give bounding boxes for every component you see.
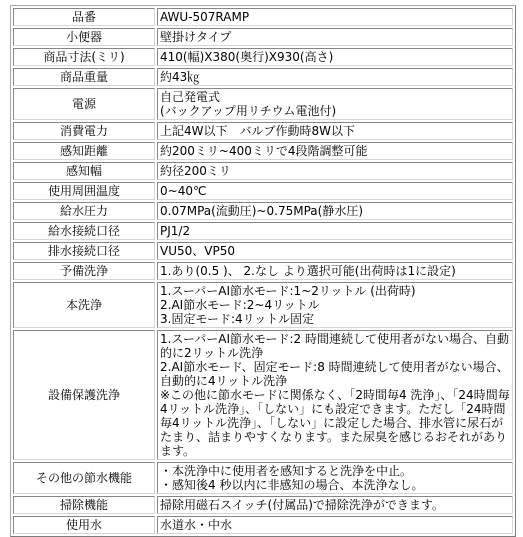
table-row: 電源 自己発電式 (バックアップ用リチウム電池付)	[13, 88, 513, 120]
table-row: 使用水 水道水・中水	[13, 516, 513, 534]
spec-label: 本洗浄	[13, 282, 155, 328]
table-row: 感知幅 約径200ミリ	[13, 162, 513, 180]
table-row: 品番 AWU-507RAMP	[13, 8, 513, 26]
spec-label: 感知距離	[13, 142, 155, 160]
spec-value: ・本洗浄中に使用者を感知すると洗浄を中止。 ・感知後4 秒以内に非感知の場合、本…	[157, 462, 513, 494]
spec-label: 予備洗浄	[13, 262, 155, 280]
spec-label: 排水接続口径	[13, 242, 155, 260]
table-row: 掃除機能 掃除用磁石スイッチ(付属品)で掃除洗浄ができます。	[13, 496, 513, 514]
spec-value: 掃除用磁石スイッチ(付属品)で掃除洗浄ができます。	[157, 496, 513, 514]
spec-label: 商品寸法(ミリ)	[13, 48, 155, 66]
spec-value: 壁掛けタイプ	[157, 28, 513, 46]
spec-value: 水道水・中水	[157, 516, 513, 534]
spec-label: 感知幅	[13, 162, 155, 180]
table-row: 商品重量 約43㎏	[13, 68, 513, 86]
spec-value: 上記4W以下 バルブ作動時8W以下	[157, 122, 513, 140]
spec-value: AWU-507RAMP	[157, 8, 513, 26]
spec-label: 消費電力	[13, 122, 155, 140]
spec-label: 品番	[13, 8, 155, 26]
table-row: 給水接続口径 PJ1/2	[13, 222, 513, 240]
spec-value: 1.スーパーAI節水モード:2 時間連続して使用者がない場合、自動的に2リットル…	[157, 330, 513, 460]
table-row: 給水圧力 0.07MPa(流動圧)~0.75MPa(静水圧)	[13, 202, 513, 220]
table-row: 小便器 壁掛けタイプ	[13, 28, 513, 46]
spec-label: 小便器	[13, 28, 155, 46]
table-row: 使用周囲温度 0~40℃	[13, 182, 513, 200]
product-spec-page: 品番 AWU-507RAMP 小便器 壁掛けタイプ 商品寸法(ミリ) 410(幅…	[0, 0, 523, 523]
spec-label: 電源	[13, 88, 155, 120]
spec-label: 給水圧力	[13, 202, 155, 220]
table-row: 消費電力 上記4W以下 バルブ作動時8W以下	[13, 122, 513, 140]
spec-label: 設備保護洗浄	[13, 330, 155, 460]
table-row: その他の節水機能 ・本洗浄中に使用者を感知すると洗浄を中止。 ・感知後4 秒以内…	[13, 462, 513, 494]
spec-label: 使用周囲温度	[13, 182, 155, 200]
table-row: 本洗浄 1.スーパーAI節水モード:1~2リットル (出荷時) 2.AI節水モー…	[13, 282, 513, 328]
table-row: 排水接続口径 VU50、VP50	[13, 242, 513, 260]
spec-value: 約43㎏	[157, 68, 513, 86]
spec-label: その他の節水機能	[13, 462, 155, 494]
spec-value: 自己発電式 (バックアップ用リチウム電池付)	[157, 88, 513, 120]
spec-value: 1.あり(0.5 )、 2.なし より選択可能(出荷時は1に設定)	[157, 262, 513, 280]
spec-value: VU50、VP50	[157, 242, 513, 260]
spec-label: 掃除機能	[13, 496, 155, 514]
spec-label: 給水接続口径	[13, 222, 155, 240]
table-row: 予備洗浄 1.あり(0.5 )、 2.なし より選択可能(出荷時は1に設定)	[13, 262, 513, 280]
spec-value: 0.07MPa(流動圧)~0.75MPa(静水圧)	[157, 202, 513, 220]
spec-value: 1.スーパーAI節水モード:1~2リットル (出荷時) 2.AI節水モード:2~…	[157, 282, 513, 328]
table-row: 商品寸法(ミリ) 410(幅)X380(奥行)X930(高さ)	[13, 48, 513, 66]
spec-value: PJ1/2	[157, 222, 513, 240]
table-row: 感知距離 約200ミリ~400ミリで4段階調整可能	[13, 142, 513, 160]
spec-value: 0~40℃	[157, 182, 513, 200]
spec-table: 品番 AWU-507RAMP 小便器 壁掛けタイプ 商品寸法(ミリ) 410(幅…	[10, 5, 516, 537]
spec-value: 約200ミリ~400ミリで4段階調整可能	[157, 142, 513, 160]
spec-value: 410(幅)X380(奥行)X930(高さ)	[157, 48, 513, 66]
spec-label: 商品重量	[13, 68, 155, 86]
table-row: 設備保護洗浄 1.スーパーAI節水モード:2 時間連続して使用者がない場合、自動…	[13, 330, 513, 460]
spec-value: 約径200ミリ	[157, 162, 513, 180]
spec-label: 使用水	[13, 516, 155, 534]
